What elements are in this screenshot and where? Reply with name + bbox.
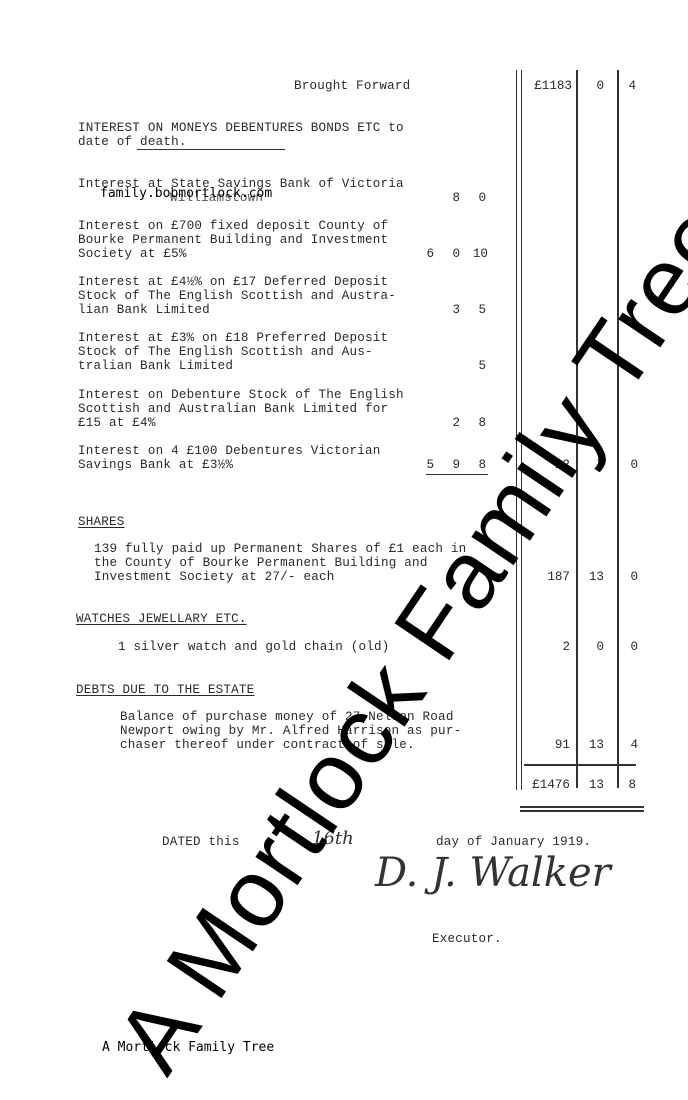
shares-shillings: 13 (580, 570, 604, 584)
item-2-pounds: 6 (420, 247, 434, 261)
watches-pence: 0 (620, 640, 638, 654)
item-5-line-2: Scottish and Australian Bank Limited for (78, 402, 388, 416)
item-4-line-3: tralian Bank Limited (78, 359, 233, 373)
item-2-line-1: Interest on £700 fixed deposit County of (78, 219, 388, 233)
item-2-shillings: 0 (446, 247, 460, 261)
item-3-line-3: lian Bank Limited (78, 303, 210, 317)
item-2-pence: 10 (468, 247, 488, 261)
executor-signature: D. J. Walker (375, 850, 611, 896)
heading-line2: date of death. (78, 135, 187, 149)
bf-pounds: £1183 (522, 79, 572, 93)
debts-pounds: 91 (530, 738, 570, 752)
heading-underline (137, 149, 285, 150)
item-3-line-1: Interest at £4½% on £17 Deferred Deposit (78, 275, 388, 289)
shares-line-3: Investment Society at 27/- each (94, 570, 334, 584)
shares-line-1: 139 fully paid up Permanent Shares of £1… (94, 542, 466, 556)
interest-heading: INTEREST ON MONEYS DEBENTURES BONDS ETC … (78, 121, 404, 135)
item-3-shillings: 3 (446, 303, 460, 317)
item-3-pence: 5 (472, 303, 486, 317)
item-1-pence: 0 (472, 191, 486, 205)
shares-pence: 0 (620, 570, 638, 584)
executor-label: Executor. (432, 932, 502, 946)
shares-heading: SHARES (78, 515, 125, 529)
watches-shillings: 0 (580, 640, 604, 654)
debts-heading: DEBTS DUE TO THE ESTATE (76, 683, 254, 697)
watermark-text: A Mortlock Family Tree (96, 185, 688, 1091)
debts-pence: 4 (620, 738, 638, 752)
total-double-rule-2 (520, 810, 644, 812)
item-6-pounds: 5 (420, 458, 434, 472)
interest-subtotal-pence: 0 (620, 458, 638, 472)
total-pounds: £1476 (522, 778, 570, 792)
dated-suffix: day of January 1919. (436, 835, 591, 849)
item-2-line-2: Bourke Permanent Building and Investment (78, 233, 388, 247)
item-4-line-2: Stock of The English Scottish and Aus- (78, 345, 373, 359)
brought-forward-label: Brought Forward (294, 79, 410, 93)
item-5-line-1: Interest on Debenture Stock of The Engli… (78, 388, 404, 402)
item-5-pence: 8 (472, 416, 486, 430)
bf-pence: 4 (620, 79, 636, 93)
subtotal-rule (524, 764, 636, 766)
watches-pounds: 2 (530, 640, 570, 654)
watermark-diagonal: A Mortlock Family Tree (95, 184, 688, 1091)
shares-line-2: the County of Bourke Permanent Building … (94, 556, 428, 570)
item-4-pence: 5 (472, 359, 486, 373)
debts-shillings: 13 (580, 738, 604, 752)
watches-heading: WATCHES JEWELLARY ETC. (76, 612, 247, 626)
item-3-line-2: Stock of The English Scottish and Austra… (78, 289, 396, 303)
item-4-line-1: Interest at £3% on £18 Preferred Deposit (78, 331, 388, 345)
bf-shillings: 0 (580, 79, 604, 93)
item-6-line-1: Interest on 4 £100 Debentures Victorian (78, 444, 381, 458)
total-double-rule-1 (520, 806, 644, 808)
item-2-line-3: Society at £5% (78, 247, 187, 261)
total-shillings: 13 (580, 778, 604, 792)
item-1-shillings: 8 (446, 191, 460, 205)
interest-heading-2: date of death. (78, 135, 187, 149)
item-5-line-3: £15 at £4% (78, 416, 156, 430)
item-6-line-2: Savings Bank at £3½% (78, 458, 233, 472)
watermark-url: family.bobmortlock.com (100, 186, 272, 201)
item-6-shillings: 9 (446, 458, 460, 472)
total-pence: 8 (620, 778, 636, 792)
watermark-footer: A Mortlock Family Tree (102, 1040, 274, 1055)
item-5-shillings: 2 (446, 416, 460, 430)
